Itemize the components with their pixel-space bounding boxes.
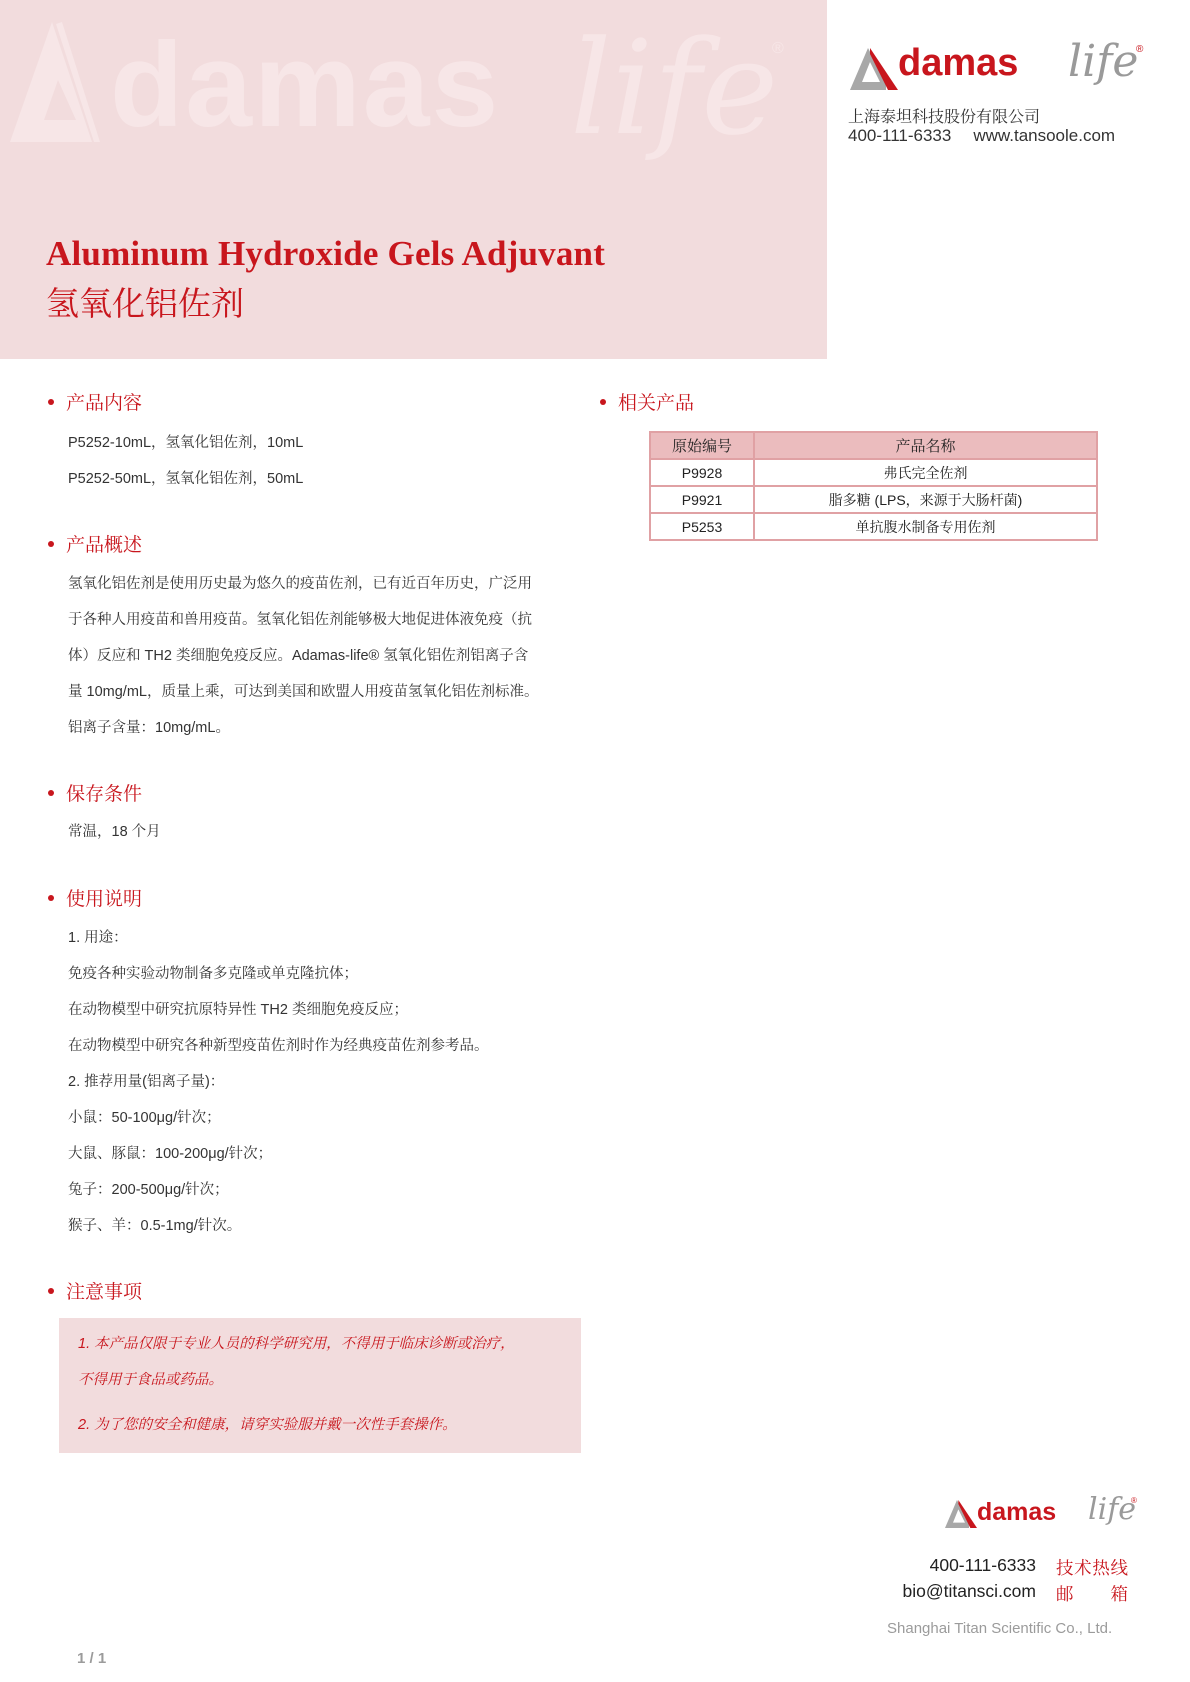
- notice-line: 2. 为了您的安全和健康，请穿实验服并戴一次性手套操作。: [78, 1413, 457, 1434]
- product-name: 弗氏完全佐剂: [754, 459, 1097, 486]
- section-notes-heading: 注意事项: [48, 1277, 142, 1304]
- overview-line: 量 10mg/mL，质量上乘，可达到美国和欧盟人用疫苗氢氧化铝佐剂标准。: [68, 674, 538, 710]
- usage-line: 大鼠、豚鼠：100-200μg/针次；: [68, 1136, 272, 1172]
- footer-email-row: bio@titansci.com 邮箱: [902, 1581, 1128, 1606]
- watermark-registered: ®: [772, 40, 784, 58]
- top-website[interactable]: www.tansoole.com: [973, 126, 1115, 145]
- top-phone: 400-111-6333: [848, 126, 951, 145]
- page-number: 1 / 1: [77, 1650, 106, 1667]
- watermark-logo: damas life ®: [10, 22, 790, 162]
- overview-line: 氢氧化铝佐剂是使用历史最为悠久的疫苗佐剂，已有近百年历史，广泛用: [68, 566, 532, 602]
- usage-line: 免疫各种实验动物制备多克隆或单克隆抗体；: [68, 956, 358, 992]
- registered-mark: ®: [1131, 1496, 1137, 1505]
- bullet-icon: [48, 895, 54, 901]
- bullet-icon: [48, 790, 54, 796]
- section-usage-heading: 使用说明: [48, 884, 142, 911]
- bullet-icon: [48, 1288, 54, 1294]
- product-code: P9921: [650, 486, 754, 513]
- column-header-name: 产品名称: [754, 432, 1097, 459]
- triangle-logo-icon: [850, 48, 898, 90]
- product-title-en: Aluminum Hydroxide Gels Adjuvant: [46, 234, 605, 274]
- footer-phone-row: 400-111-6333 技术热线: [930, 1555, 1128, 1580]
- product-code: P5253: [650, 513, 754, 540]
- usage-line: 1. 用途：: [68, 920, 128, 956]
- notice-line: 1. 本产品仅限于专业人员的科学研究用，不得用于临床诊断或治疗，: [78, 1332, 515, 1353]
- watermark-script: life: [570, 12, 778, 164]
- brand-logo: damas life ®: [850, 44, 1160, 104]
- usage-line: 在动物模型中研究抗原特异性 TH2 类细胞免疫反应；: [68, 992, 408, 1028]
- top-contact: 400-111-6333www.tansoole.com: [848, 126, 1115, 146]
- company-name-cn: 上海泰坦科技股份有限公司: [848, 104, 1040, 127]
- usage-line: 在动物模型中研究各种新型疫苗佐剂时作为经典疫苗佐剂参考品。: [68, 1028, 489, 1064]
- footer-brand-name: damas: [977, 1498, 1056, 1527]
- contents-line: P5252-50mL，氢氧化铝佐剂，50mL: [68, 461, 303, 497]
- product-name: 脂多糖 (LPS，来源于大肠杆菌): [754, 486, 1097, 513]
- section-overview-heading: 产品概述: [48, 530, 142, 557]
- product-name: 单抗腹水制备专用佐剂: [754, 513, 1097, 540]
- column-header-code: 原始编号: [650, 432, 754, 459]
- registered-mark: ®: [1136, 44, 1143, 55]
- product-code: P9928: [650, 459, 754, 486]
- section-contents-heading: 产品内容: [48, 388, 142, 415]
- notice-box: 1. 本产品仅限于专业人员的科学研究用，不得用于临床诊断或治疗， 不得用于食品或…: [59, 1318, 581, 1453]
- email-label: 邮箱: [1056, 1581, 1128, 1606]
- storage-line: 常温，18 个月: [68, 814, 161, 850]
- bullet-icon: [48, 541, 54, 547]
- triangle-logo-icon: [945, 1500, 977, 1528]
- table-row: P5253 单抗腹水制备专用佐剂: [650, 513, 1097, 540]
- usage-line: 2. 推荐用量(铝离子量)：: [68, 1064, 224, 1100]
- section-related-heading: 相关产品: [600, 388, 694, 415]
- overview-line: 铝离子含量：10mg/mL。: [68, 710, 230, 746]
- overview-line: 体）反应和 TH2 类细胞免疫反应。Adamas-life® 氢氧化铝佐剂铝离子…: [68, 638, 528, 674]
- usage-line: 兔子：200-500μg/针次；: [68, 1172, 229, 1208]
- table-row: P9928 弗氏完全佐剂: [650, 459, 1097, 486]
- header-banner: damas life ® Aluminum Hydroxide Gels Adj…: [0, 0, 827, 359]
- usage-line: 小鼠：50-100μg/针次；: [68, 1100, 221, 1136]
- footer-phone: 400-111-6333: [930, 1555, 1036, 1580]
- company-name-en: Shanghai Titan Scientific Co., Ltd.: [887, 1620, 1112, 1637]
- section-storage-heading: 保存条件: [48, 779, 142, 806]
- brand-script: life: [1068, 36, 1138, 87]
- brand-name: damas: [898, 42, 1018, 85]
- footer-brand-script: life: [1088, 1492, 1136, 1527]
- notice-line: 不得用于食品或药品。: [78, 1368, 223, 1389]
- footer-email[interactable]: bio@titansci.com: [902, 1581, 1036, 1606]
- hotline-label: 技术热线: [1056, 1555, 1128, 1580]
- overview-line: 于各种人用疫苗和兽用疫苗。氢氧化铝佐剂能够极大地促进体液免疫（抗: [68, 602, 532, 638]
- table-row: P9921 脂多糖 (LPS，来源于大肠杆菌): [650, 486, 1097, 513]
- product-title-cn: 氢氧化铝佐剂: [46, 278, 244, 325]
- usage-line: 猴子、羊：0.5-1mg/针次。: [68, 1208, 241, 1244]
- footer-brand-logo: damas life ®: [945, 1496, 1145, 1540]
- bullet-icon: [48, 399, 54, 405]
- related-products-table: 原始编号 产品名称 P9928 弗氏完全佐剂 P9921 脂多糖 (LPS，来源…: [649, 431, 1098, 541]
- watermark-brand: damas: [110, 16, 500, 154]
- contents-line: P5252-10mL，氢氧化铝佐剂，10mL: [68, 425, 303, 461]
- bullet-icon: [600, 399, 606, 405]
- table-header-row: 原始编号 产品名称: [650, 432, 1097, 459]
